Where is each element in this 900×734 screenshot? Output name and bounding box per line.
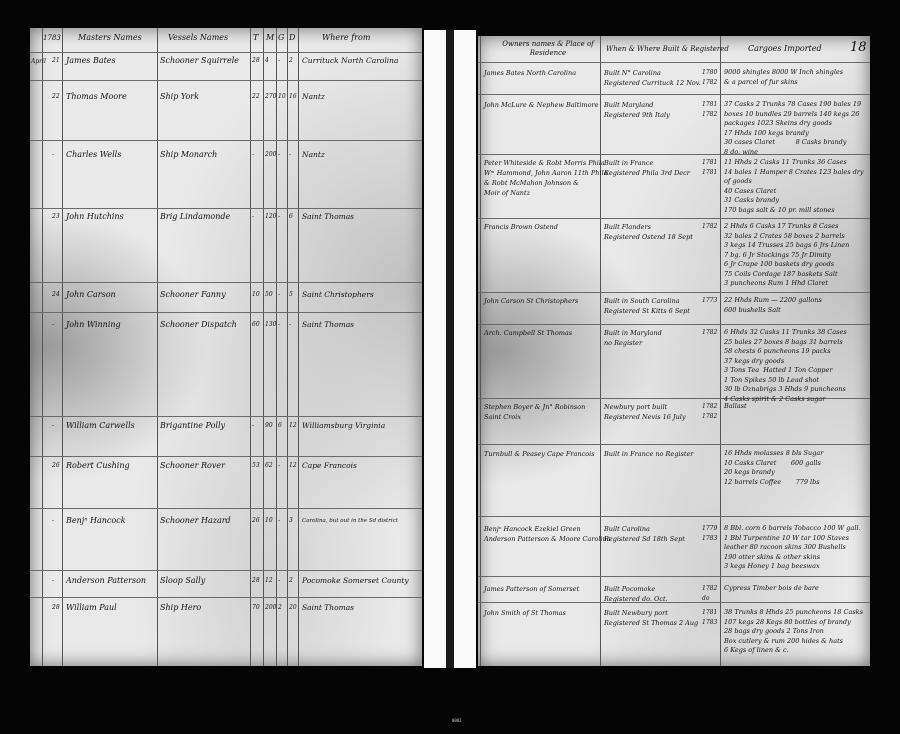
row-rule bbox=[478, 94, 870, 95]
days-value: 3 bbox=[289, 516, 293, 526]
master-name: John Carson bbox=[66, 290, 116, 300]
days-value: 12 bbox=[289, 421, 297, 431]
origin-port: Pocomoke Somerset County bbox=[302, 576, 409, 586]
days-value: - bbox=[289, 150, 291, 160]
origin-port: Currituck North Carolina bbox=[302, 56, 398, 66]
row-day: 23 bbox=[52, 212, 60, 222]
build-year: 1781 1781 bbox=[702, 158, 717, 178]
row-rule bbox=[30, 312, 422, 313]
men-value: 10 bbox=[265, 516, 273, 526]
master-name: Benjⁿ Hancock bbox=[66, 516, 126, 526]
guns-value: - bbox=[278, 516, 280, 526]
guns-value: - bbox=[278, 320, 280, 330]
vessel-name: Schooner Dispatch bbox=[160, 320, 237, 330]
vessel-name: Schooner Rover bbox=[160, 461, 225, 471]
built-registered: Built in Maryland no Register bbox=[604, 328, 662, 348]
row-rule bbox=[30, 416, 422, 417]
men-value: 130 bbox=[265, 320, 276, 330]
build-year: 1782 do bbox=[702, 584, 717, 604]
guns-value: 2 bbox=[278, 603, 282, 613]
owners-header: Owners names & Place of Residence bbox=[498, 40, 598, 58]
row-rule bbox=[478, 62, 870, 63]
row-rule bbox=[30, 597, 422, 598]
days-value: 12 bbox=[289, 461, 297, 471]
row-rule bbox=[30, 456, 422, 457]
tons-value: 70 bbox=[252, 603, 260, 613]
build-year: 1781 1783 bbox=[702, 608, 717, 628]
row-day: - bbox=[52, 320, 54, 330]
owner-residence: Benjⁿ Hancock Ezekiel Green Anderson Pat… bbox=[484, 524, 611, 544]
row-rule bbox=[30, 570, 422, 571]
owner-residence: Arch. Campbell St Thomas bbox=[484, 328, 572, 338]
built-registered: Built in France Registered Phila 3rd Dec… bbox=[604, 158, 690, 178]
built-registered: Built Maryland Registered 9th Italy bbox=[604, 100, 670, 120]
owner-residence: James Bates North Carolina bbox=[484, 68, 576, 78]
guns-value: - bbox=[278, 461, 280, 471]
days-value: - bbox=[289, 320, 291, 330]
tons-value: - bbox=[252, 421, 254, 431]
build-year: 1779 1783 bbox=[702, 524, 717, 544]
tons-value: 60 bbox=[252, 320, 260, 330]
tons-value: 53 bbox=[252, 461, 260, 471]
built-registered: Newbury port built Registered Nevis 16 J… bbox=[604, 402, 686, 422]
men-value: 62 bbox=[265, 461, 273, 471]
vessel-name: Schooner Fanny bbox=[160, 290, 226, 300]
cargo-imported: Cypress Timber bois de bare bbox=[724, 584, 819, 594]
build-year: 1773 bbox=[702, 296, 717, 306]
tons-value: 28 bbox=[252, 56, 260, 66]
built-header: When & Where Built & Registered bbox=[606, 44, 729, 54]
scan-footer-label: 0001 bbox=[452, 718, 462, 723]
row-rule bbox=[478, 602, 870, 603]
tons-header: T bbox=[253, 33, 258, 43]
row-rule bbox=[30, 52, 422, 53]
cargoes-header: Cargoes Imported bbox=[748, 44, 822, 54]
vessel-name: Ship Monarch bbox=[160, 150, 217, 160]
owner-residence: Francis Brown Ostend bbox=[484, 222, 558, 232]
row-day: - bbox=[52, 150, 54, 160]
guns-value: - bbox=[278, 576, 280, 586]
year-header: 1783 bbox=[43, 33, 61, 43]
masters-header: Masters Names bbox=[78, 33, 142, 43]
guns-value: 6 bbox=[278, 421, 282, 431]
vessel-name: Schooner Hazard bbox=[160, 516, 231, 526]
column-rule bbox=[480, 36, 481, 666]
build-year: 1782 bbox=[702, 328, 717, 338]
column-rule bbox=[600, 36, 601, 666]
built-registered: Built in South Carolina Registered St Ki… bbox=[604, 296, 690, 316]
page-edge-right bbox=[454, 30, 476, 668]
men-value: 4 bbox=[265, 56, 269, 66]
vessel-name: Sloop Sally bbox=[160, 576, 205, 586]
row-rule bbox=[478, 576, 870, 577]
master-name: Anderson Patterson bbox=[66, 576, 146, 586]
vessel-name: Brig Lindamonde bbox=[160, 212, 230, 222]
master-name: Robert Cushing bbox=[66, 461, 130, 471]
men-value: 50 bbox=[265, 290, 273, 300]
cargo-imported: Ballast bbox=[724, 402, 747, 412]
origin-port: Nantz bbox=[302, 150, 325, 160]
built-registered: Built Pocomoke Registered do. Oct. bbox=[604, 584, 668, 604]
row-rule bbox=[30, 208, 422, 209]
column-rule bbox=[720, 36, 721, 666]
men-value: 90 bbox=[265, 421, 273, 431]
days-value: 2 bbox=[289, 576, 293, 586]
row-day: - bbox=[52, 516, 54, 526]
master-name: James Bates bbox=[66, 56, 116, 66]
row-day: 24 bbox=[52, 290, 60, 300]
owner-residence: John Carson St Christophers bbox=[484, 296, 578, 306]
where-from-header: Where from bbox=[322, 33, 370, 43]
origin-port: Cape Francois bbox=[302, 461, 357, 471]
cargo-imported: 9000 shingles 8000 W Inch shingles & a p… bbox=[724, 68, 843, 87]
row-rule bbox=[478, 324, 870, 325]
tons-value: - bbox=[252, 150, 254, 160]
origin-port: Carolina, but out in the Sd district bbox=[302, 516, 398, 526]
guns-value: 10 bbox=[278, 92, 286, 102]
build-year: 1780 1782 bbox=[702, 68, 717, 88]
build-year: 1782 1782 bbox=[702, 402, 717, 422]
owner-residence: James Patterson of Somerset bbox=[484, 584, 579, 594]
row-rule bbox=[30, 80, 422, 81]
built-registered: Built N° Carolina Registered Currituck 1… bbox=[604, 68, 701, 88]
master-name: John Winning bbox=[66, 320, 121, 330]
cargo-imported: 16 Hhds molasses 8 bls Sugar 10 Casks Cl… bbox=[724, 449, 823, 487]
built-registered: Built in France no Register bbox=[604, 449, 693, 459]
days-value: 16 bbox=[289, 92, 297, 102]
master-name: John Hutchins bbox=[66, 212, 124, 222]
master-name: Thomas Moore bbox=[66, 92, 127, 102]
right-ledger-page: Owners names & Place of ResidenceWhen & … bbox=[478, 36, 870, 666]
days-value: 6 bbox=[289, 212, 293, 222]
men-value: 200 bbox=[265, 150, 276, 160]
vessels-header: Vessels Names bbox=[168, 33, 228, 43]
master-name: Charles Wells bbox=[66, 150, 121, 160]
cargo-imported: 6 Hhds 32 Casks 11 Trunks 38 Cases 25 ba… bbox=[724, 328, 847, 404]
owner-residence: John Smith of St Thomas bbox=[484, 608, 566, 618]
men-value: 120 bbox=[265, 212, 276, 222]
tons-value: 26 bbox=[252, 516, 260, 526]
tons-value: - bbox=[252, 212, 254, 222]
built-registered: Built Carolina Registered Sd 18th Sept bbox=[604, 524, 685, 544]
row-rule bbox=[30, 282, 422, 283]
origin-port: Saint Thomas bbox=[302, 320, 354, 330]
row-rule bbox=[478, 218, 870, 219]
tons-value: 22 bbox=[252, 92, 260, 102]
cargo-imported: 8 Bbl. corn 6 barrels Tobacco 100 W gall… bbox=[724, 524, 861, 572]
vessel-name: Brigantine Polly bbox=[160, 421, 225, 431]
men-value: 200 bbox=[265, 603, 276, 613]
tons-value: 28 bbox=[252, 576, 260, 586]
build-year: 1781 1782 bbox=[702, 100, 717, 120]
days-header: D bbox=[289, 33, 295, 43]
guns-value: - bbox=[278, 212, 280, 222]
men-value: 270 bbox=[265, 92, 276, 102]
page-edge-left bbox=[424, 30, 446, 668]
row-day: 28 bbox=[52, 603, 60, 613]
vessel-name: Schooner Squirrele bbox=[160, 56, 239, 66]
guns-header: G bbox=[278, 33, 284, 43]
built-registered: Built Newbury port Registered St Thomas … bbox=[604, 608, 698, 628]
row-rule bbox=[30, 140, 422, 141]
tons-value: 10 bbox=[252, 290, 260, 300]
month-label: April bbox=[31, 57, 46, 67]
cargo-imported: 11 Hhds 2 Casks 11 Trunks 36 Cases 14 ba… bbox=[724, 158, 864, 215]
origin-port: Saint Thomas bbox=[302, 212, 354, 222]
guns-value: - bbox=[278, 56, 280, 66]
owner-residence: John McLure & Nephew Baltimore bbox=[484, 100, 598, 110]
row-day: 21 bbox=[52, 56, 60, 66]
days-value: 2 bbox=[289, 56, 293, 66]
guns-value: - bbox=[278, 150, 280, 160]
row-rule bbox=[478, 516, 870, 517]
vessel-name: Ship Hero bbox=[160, 603, 201, 613]
owner-residence: Stephen Boyer & Jn° Robinson Saint Croix bbox=[484, 402, 585, 422]
built-registered: Built Flanders Registered Ostend 18 Sept bbox=[604, 222, 693, 242]
row-day: 22 bbox=[52, 92, 60, 102]
origin-port: Williamsburg Virginia bbox=[302, 421, 385, 431]
row-day: - bbox=[52, 421, 54, 431]
vessel-name: Ship York bbox=[160, 92, 199, 102]
origin-port: Saint Christophers bbox=[302, 290, 374, 300]
cargo-imported: 38 Trunks 8 Hhds 25 puncheons 18 Casks 1… bbox=[724, 608, 863, 656]
cargo-imported: 2 Hhds 6 Casks 17 Trunks 8 Cases 32 bale… bbox=[724, 222, 849, 289]
build-year: 1782 bbox=[702, 222, 717, 232]
origin-port: Nantz bbox=[302, 92, 325, 102]
owner-residence: Peter Whiteside & Robt Morris Phila Wᵐ H… bbox=[484, 158, 608, 198]
row-day: 26 bbox=[52, 461, 60, 471]
cargo-imported: 22 Hhds Rum — 2200 gallons 600 bushells … bbox=[724, 296, 822, 315]
page-number: 18 bbox=[850, 40, 867, 55]
book-spine bbox=[446, 30, 454, 668]
men-header: M bbox=[266, 33, 274, 43]
guns-value: - bbox=[278, 290, 280, 300]
row-day: - bbox=[52, 576, 54, 586]
owner-residence: Turnbull & Peasey Cape Francois bbox=[484, 449, 595, 459]
row-rule bbox=[478, 444, 870, 445]
master-name: William Paul bbox=[66, 603, 117, 613]
left-ledger-page: 1783Masters NamesVessels NamesTMGDWhere … bbox=[30, 28, 422, 666]
row-rule bbox=[478, 292, 870, 293]
cargo-imported: 37 Casks 2 Trunks 78 Cases 190 bales 19 … bbox=[724, 100, 861, 157]
days-value: 5 bbox=[289, 290, 293, 300]
days-value: 20 bbox=[289, 603, 297, 613]
row-rule bbox=[30, 508, 422, 509]
master-name: William Carwells bbox=[66, 421, 135, 431]
men-value: 12 bbox=[265, 576, 273, 586]
origin-port: Saint Thomas bbox=[302, 603, 354, 613]
